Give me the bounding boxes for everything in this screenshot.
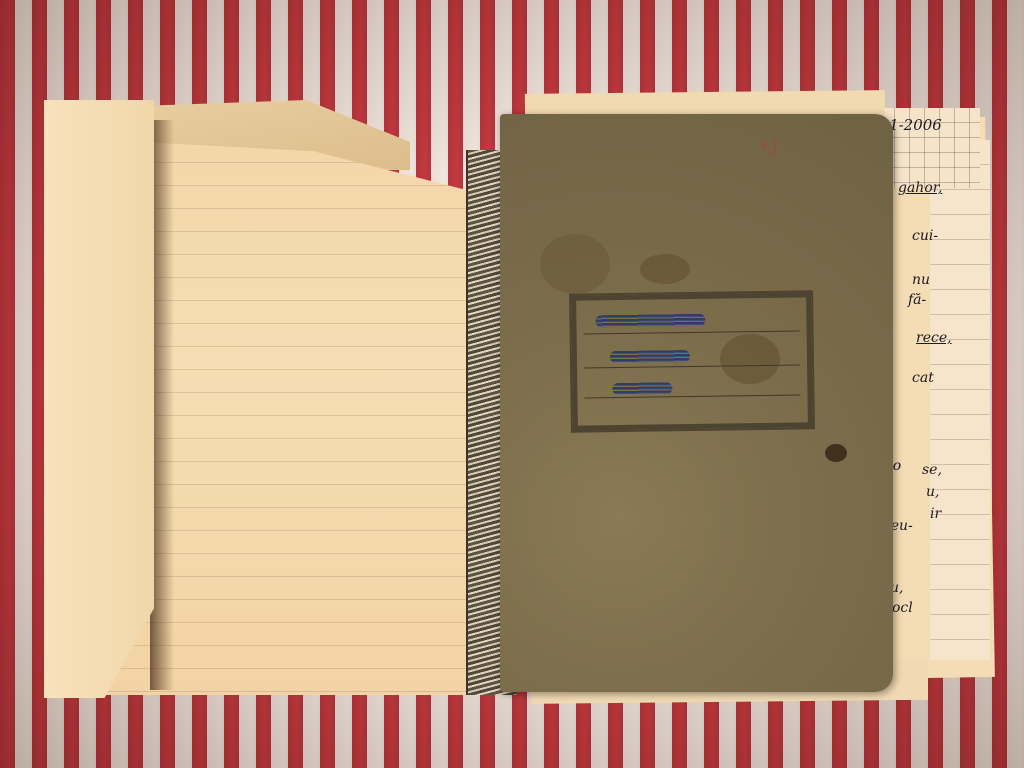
label-line bbox=[584, 394, 800, 398]
cover-label-box bbox=[569, 290, 815, 432]
water-stain bbox=[540, 234, 610, 294]
graph-paper-sheet: -1-2006 bbox=[880, 108, 980, 188]
handwriting-word: se, bbox=[922, 462, 942, 478]
folded-page-flap bbox=[44, 100, 154, 698]
water-stain bbox=[640, 254, 690, 284]
handwriting-word: u, bbox=[926, 484, 939, 500]
handwriting-word: gahor, bbox=[898, 180, 942, 196]
handwriting-word: ir bbox=[930, 506, 941, 522]
redacted-scribble bbox=[612, 382, 672, 395]
loose-lined-sheet bbox=[930, 140, 990, 660]
redacted-scribble bbox=[595, 314, 705, 328]
label-line bbox=[584, 364, 800, 368]
label-line bbox=[584, 330, 800, 334]
handwriting-word: fă- bbox=[908, 292, 926, 308]
handwriting-word: cui- bbox=[912, 228, 938, 244]
corner-mark: +J bbox=[758, 136, 778, 155]
handwriting-word: cat bbox=[912, 370, 934, 386]
handwriting-word: rece, bbox=[916, 330, 952, 346]
redacted-scribble bbox=[610, 350, 690, 363]
dark-spot bbox=[825, 444, 847, 462]
handwriting-word: ocl bbox=[892, 600, 913, 616]
handwriting-word: nu bbox=[912, 272, 930, 288]
